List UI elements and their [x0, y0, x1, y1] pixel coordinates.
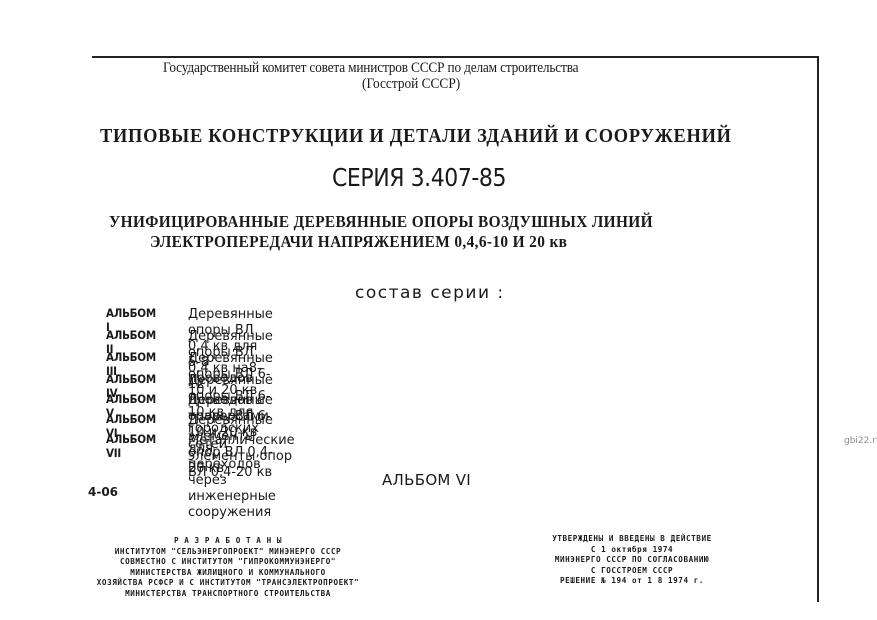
- album-description: Металлические элементы опор ВЛ 0,4-20 кв: [188, 432, 295, 480]
- watermark: gbi22.ru: [844, 436, 877, 446]
- approval-block: УТВЕРЖДЕНЫ И ВВЕДЕНЫ В ДЕЙСТВИЕ С 1 октя…: [528, 534, 737, 587]
- developed-by-line: СОВМЕСТНО С ИНСТИТУТОМ "ГИПРОКОММУНЭНЕРГ…: [86, 557, 371, 568]
- series-number: СЕРИЯ 3.407-85: [332, 163, 506, 192]
- approval-line: С ГОССТРОЕМ СССР: [528, 566, 737, 577]
- approval-line: УТВЕРЖДЕНЫ И ВВЕДЕНЫ В ДЕЙСТВИЕ: [528, 534, 737, 545]
- developed-by-block: Р А З Р А Б О Т А Н Ы ИНСТИТУТОМ "СЕЛЬЭН…: [86, 536, 371, 599]
- developed-by-line: ХОЗЯЙСТВА РСФСР И С ИНСТИТУТОМ "ТРАНСЭЛЕ…: [86, 578, 371, 589]
- subtitle-line-1: УНИФИЦИРОВАННЫЕ ДЕРЕВЯННЫЕ ОПОРЫ ВОЗДУШН…: [109, 212, 653, 232]
- subtitle-line-2: ЭЛЕКТРОПЕРЕДАЧИ НАПРЯЖЕНИЕМ 0,4,6-10 И 2…: [150, 232, 567, 252]
- main-title: ТИПОВЫЕ КОНСТРУКЦИИ И ДЕТАЛИ ЗДАНИЙ И СО…: [100, 125, 732, 148]
- developed-by-line: МИНИСТЕРСТВА ЖИЛИЩНОГО И КОММУНАЛЬНОГО: [86, 568, 371, 579]
- document-code: 4-06: [88, 485, 118, 499]
- authority-short-name: (Госстрой СССР): [362, 76, 460, 93]
- authority-name: Государственный комитет совета министров…: [163, 60, 578, 77]
- frame-right-border: [817, 56, 819, 602]
- album-label: АЛЬБОМ VII: [106, 432, 156, 460]
- composition-heading: состав серии :: [355, 283, 505, 303]
- approval-line: РЕШЕНИЕ № 194 от 1 8 1974 г.: [528, 576, 737, 587]
- developed-by-line: МИНИСТЕРСТВА ТРАНСПОРТНОГО СТРОИТЕЛЬСТВА: [86, 589, 371, 600]
- current-album: АЛЬБОМ VI: [382, 471, 471, 489]
- frame-top-border: [92, 56, 819, 58]
- developed-by-heading: Р А З Р А Б О Т А Н Ы: [86, 536, 371, 547]
- developed-by-line: ИНСТИТУТОМ "СЕЛЬЭНЕРГОПРОЕКТ" МИНЭНЕРГО …: [86, 547, 371, 558]
- approval-line: МИНЭНЕРГО СССР ПО СОГЛАСОВАНИЮ: [528, 555, 737, 566]
- approval-line: С 1 октября 1974: [528, 545, 737, 556]
